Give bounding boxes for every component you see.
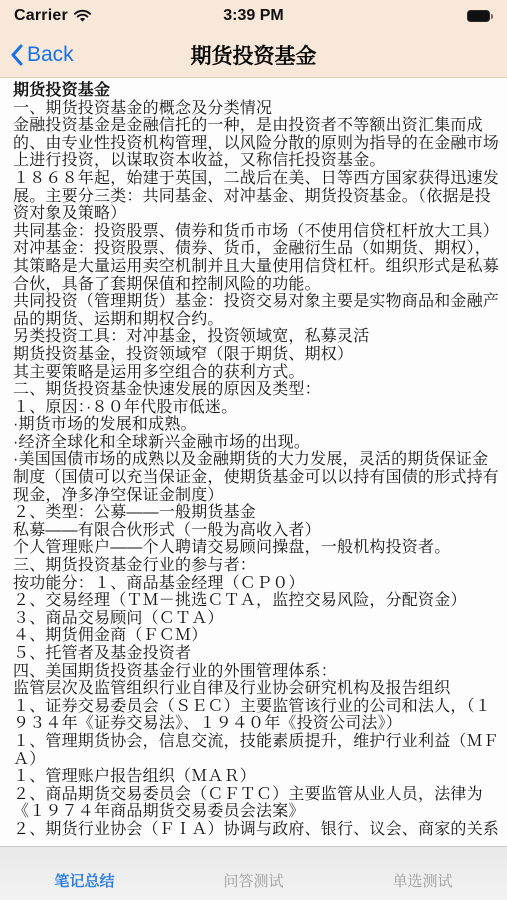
wifi-icon [73,9,92,23]
carrier-label: Carrier [14,7,68,25]
content-paragraph: 按功能分：１、商品基金经理（ＣＰ０） [13,575,501,593]
status-bar: Carrier 3:39 PM [0,0,507,32]
content-paragraph: 其主要策略是运用多空组合的获利方式。 [13,364,501,382]
content-paragraph: 四、美国期货投资基金行业的外围管理体系： [13,663,501,681]
content-paragraph: 个人管理账户——个人聘请交易顾问操盘，一般机构投资者。 [13,539,501,557]
tab-notes-summary[interactable]: 笔记总结 [0,847,169,900]
content-paragraph: １、原因：·８０年代股市低迷。 [13,399,501,417]
tab-qa-test[interactable]: 问答测试 [169,847,338,900]
content-paragraph: ·经济全球化和全球新兴金融市场的出现。 [13,434,501,452]
content-paragraph: 共同基金：投资股票、债券和货币市场（不使用信贷杠杆放大工具） [13,223,501,241]
content-paragraph: 一、期货投资基金的概念及分类情况 [13,100,501,118]
content-paragraph: ２、类型：公募——一般期货基金 [13,504,501,522]
content-paragraph: ３、商品交易顾问（ＣＴＡ） [13,610,501,628]
content-paragraph: ·美国国债市场的成熟以及金融期货的大力发展，灵活的期货保证金制度（国债可以充当保… [13,451,501,504]
content-paragraph: 共同投资（管理期货）基金：投资交易对象主要是实物商品和金融产品的期货、运期和期权… [13,293,501,328]
battery-icon [467,10,493,22]
content-paragraph: １、证券交易委员会（ＳＥＣ）主要监管该行业的公司和法人，（１９３４年《证券交易法… [13,698,501,733]
note-content[interactable]: 期货投资基金 一、期货投资基金的概念及分类情况 金融投资基金是金融信托的一种，是… [0,78,507,846]
back-chevron-icon [10,44,23,66]
content-paragraph: 三、期货投资基金行业的参与者： [13,557,501,575]
content-paragraph: １８６８年起，始建于英国，二战后在美、日等西方国家获得迅速发展。主要分三类：共同… [13,170,501,223]
content-paragraph: 监管层次及监管组织行业自律及行业协会研究机构及报告组织 [13,680,501,698]
back-label: Back [27,43,74,67]
content-heading: 期货投资基金 [13,82,501,100]
content-paragraph: ２、交易经理（ＴＭ－挑选ＣＴＡ，监控交易风险，分配资金） [13,592,501,610]
content-paragraph: ２、期货行业协会（ＦＩＡ）协调与政府、银行、议会、商家的关系 [13,821,501,839]
back-button[interactable]: Back [10,32,74,77]
nav-bar: Back 期货投资基金 [0,32,507,77]
tab-bar: 笔记总结 问答测试 单选测试 [0,846,507,900]
page-title: 期货投资基金 [0,32,507,77]
content-paragraph: 期货投资基金，投资领域窄（限于期货、期权） [13,346,501,364]
content-paragraph: 私募——有限合伙形式（一般为高收入者） [13,522,501,540]
content-paragraph: １、管理账户报告组织（ＭＡＲ） [13,768,501,786]
content-paragraph: ·期货市场的发展和成熟。 [13,416,501,434]
tab-single-choice-test[interactable]: 单选测试 [338,847,507,900]
content-paragraph: 二、期货投资基金快速发展的原因及类型： [13,381,501,399]
content-paragraph: 金融投资基金是金融信托的一种，是由投资者不等额出资汇集而成的、由专业性投资机构管… [13,117,501,170]
content-paragraph: ５、托管者及基金投资者 [13,645,501,663]
content-paragraph: 对冲基金：投资股票、债券、货币，金融衍生品（如期货、期权），其策略是大量运用卖空… [13,240,501,293]
content-paragraph: ４、期货佣金商（ＦＣＭ） [13,627,501,645]
content-paragraph: ２、商品期货交易委员会（ＣＦＴＣ）主要监管从业人员，法律为《１９７４年商品期货交… [13,786,501,821]
content-paragraph: 另类投资工具：对冲基金，投资领域宽，私募灵活 [13,328,501,346]
app-header: Carrier 3:39 PM Back 期货投资基金 [0,0,507,78]
content-paragraph: １、管理期货协会，信息交流，技能素质提升，维护行业利益（ＭＦＡ） [13,733,501,768]
